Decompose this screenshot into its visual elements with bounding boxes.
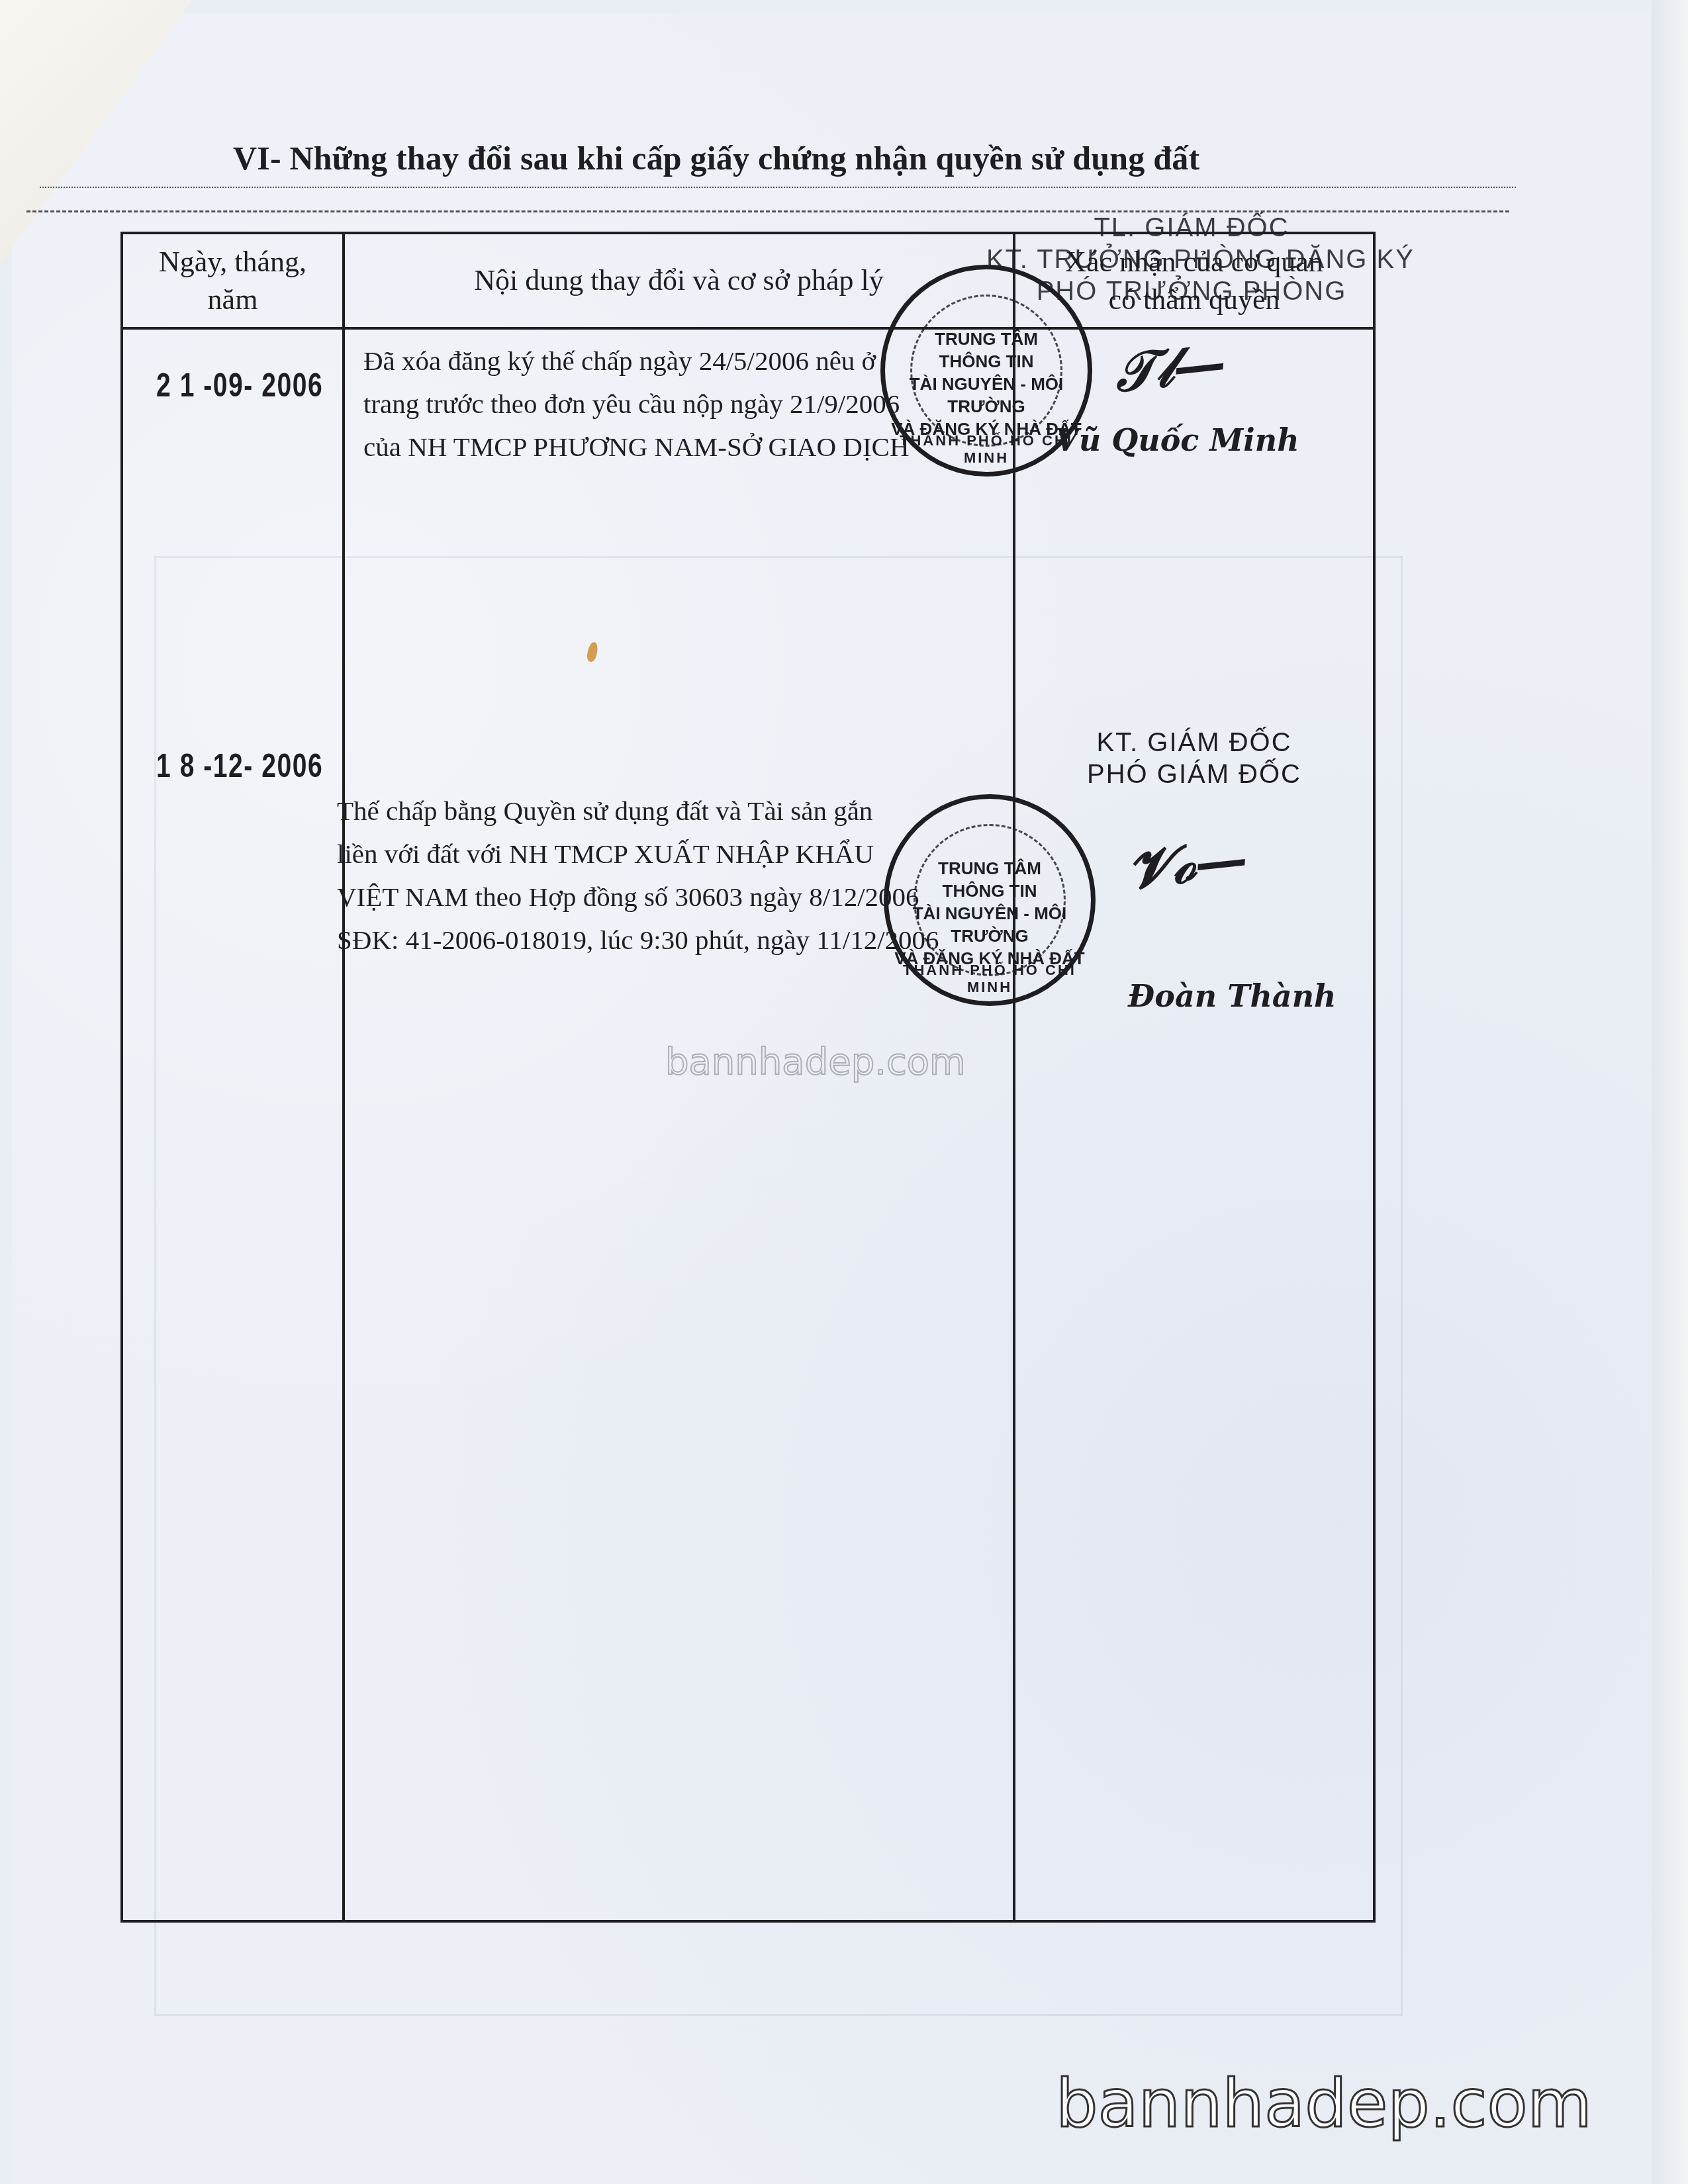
stamp-line: KT. GIÁM ĐỐC <box>1015 727 1373 758</box>
entry-content: Thế chấp bằng Quyền sử dụng đất và Tài s… <box>337 790 972 962</box>
section-title: VI- Những thay đổi sau khi cấp giấy chứn… <box>233 139 1199 177</box>
signature-mark: 𝓥ℴ— <box>1125 827 1251 901</box>
seal-ring-text: THÀNH PHỐ HỒ CHÍ MINH <box>885 432 1088 467</box>
seal-text: TRUNG TÂM THÔNG TIN TÀI NGUYÊN - MÔI TRƯ… <box>888 857 1091 970</box>
page-edge <box>1652 0 1688 2184</box>
signature-mark: 𝒯𝓁— <box>1111 330 1229 404</box>
signer-name: Đoàn Thành <box>1128 978 1336 1014</box>
header-date: Ngày, tháng, năm <box>122 233 344 328</box>
approval-stamp: KT. GIÁM ĐỐC PHÓ GIÁM ĐỐC <box>1015 727 1373 790</box>
divider-dotted <box>40 187 1516 188</box>
stamp-line: PHÓ GIÁM ĐỐC <box>1015 758 1373 790</box>
seal-ring-text: THÀNH PHỐ HỒ CHÍ MINH <box>888 962 1091 996</box>
content-column: Đã xóa đăng ký thế chấp ngày 24/5/2006 n… <box>344 328 1014 1921</box>
official-seal: TRUNG TÂM THÔNG TIN TÀI NGUYÊN - MÔI TRƯ… <box>880 265 1092 477</box>
watermark: bannhadep.com <box>665 1040 966 1083</box>
table-body-row: 2 1 -09- 2006 1 8 -12- 2006 Đã xóa đăng … <box>122 328 1374 1921</box>
watermark-text: bannhadep.com <box>1056 2065 1592 2142</box>
stamp-line: TL. GIÁM ĐỐC <box>986 212 1397 244</box>
seal-text: TRUNG TÂM THÔNG TIN TÀI NGUYÊN - MÔI TRƯ… <box>885 328 1088 440</box>
approval-column: 𝒯𝓁— Vũ Quốc Minh KT. GIÁM ĐỐC PHÓ GIÁM Đ… <box>1014 328 1374 1921</box>
date-column: 2 1 -09- 2006 1 8 -12- 2006 <box>122 328 344 1921</box>
official-seal: TRUNG TÂM THÔNG TIN TÀI NGUYÊN - MÔI TRƯ… <box>884 794 1096 1006</box>
stamp-line: KT. TRƯỞNG PHÒNG ĐĂNG KÝ <box>986 244 1397 275</box>
entry-date: 1 8 -12- 2006 <box>156 747 323 785</box>
signer-name: Vũ Quốc Minh <box>1055 422 1299 458</box>
watermark-corner: bannhadep.com <box>1056 2065 1592 2142</box>
entry-date: 2 1 -09- 2006 <box>156 366 323 404</box>
